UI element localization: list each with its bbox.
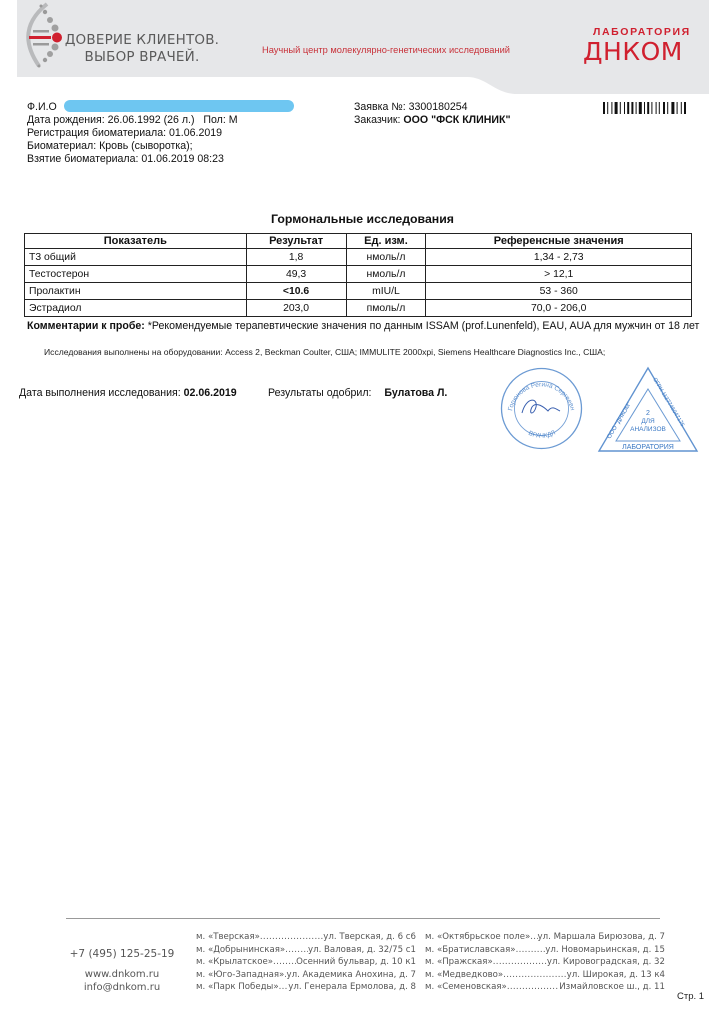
header-unit: Ед. изм.	[346, 234, 426, 249]
doctor-stamp-icon: Горюнова Регина Сергеевна ВРАЧКДЛ	[500, 367, 583, 450]
svg-text:2: 2	[646, 410, 650, 417]
address-item: м. «Тверская»ул. Тверская, д. 6 с6	[196, 931, 416, 944]
section-title: Гормональные исследования	[0, 212, 725, 226]
patient-name-label: Ф.И.О	[27, 101, 57, 113]
metro-station: м. «Братиславская»	[425, 944, 516, 957]
dot-leader	[516, 944, 546, 957]
completion-date-label: Дата выполнения исследования:	[19, 387, 181, 399]
result-cell: 49,3	[246, 266, 346, 283]
metro-station: м. «Семеновская»	[425, 981, 507, 994]
street-address: ул. Валовая, д. 32/75 с1	[308, 944, 416, 957]
completion-date: Дата выполнения исследования: 02.06.2019	[19, 387, 237, 399]
indicator-cell: Т3 общий	[25, 249, 247, 266]
slogan: ДОВЕРИЕ КЛИЕНТОВ. ВЫБОР ВРАЧЕЙ.	[57, 32, 227, 66]
birth-value: 26.06.1992 (26 л.)	[108, 114, 195, 126]
birth-label: Дата рождения:	[27, 114, 105, 126]
address-item: м. «Семеновская»Измайловское ш., д. 11	[425, 981, 665, 994]
dna-logo-icon	[17, 0, 67, 70]
sample-comment: Комментарии к пробе: *Рекомендуемые тера…	[27, 320, 707, 333]
header-indicator: Показатель	[25, 234, 247, 249]
dot-leader	[279, 981, 289, 994]
result-cell: <10.6	[246, 283, 346, 300]
address-item: м. «Парк Победы»ул. Генерала Ермолова, д…	[196, 981, 416, 994]
collection-label: Взятие биоматериала:	[27, 153, 138, 165]
sex-label: Пол:	[203, 114, 225, 126]
dot-leader	[260, 931, 323, 944]
page-number: Стр. 1	[677, 991, 704, 1002]
svg-text:ЛАБОРАТОРИЯ: ЛАБОРАТОРИЯ	[622, 444, 674, 451]
footer-divider	[66, 918, 660, 919]
metro-station: м. «Добрынинская»	[196, 944, 285, 957]
lab-stamp-icon: 2 ДЛЯ АНАЛИЗОВ ЛАБОРАТОРИЯ ООО "ДНКОМ" О…	[596, 365, 700, 455]
street-address: ул. Широкая, д. 13 к4	[567, 969, 665, 982]
footer-web: www.dnkom.ru info@dnkom.ru	[60, 968, 184, 994]
order-number-label: Заявка №:	[354, 101, 406, 113]
reference-cell: > 12,1	[426, 266, 692, 283]
metro-station: м. «Крылатское»	[196, 956, 273, 969]
footer-addresses-col-2: м. «Октябрьское поле»ул. Маршала Бирюзов…	[425, 931, 665, 994]
results-table: Показатель Результат Ед. изм. Референсны…	[24, 233, 692, 317]
header-result: Результат	[246, 234, 346, 249]
table-row: Эстрадиол203,0пмоль/л70,0 - 206,0	[25, 300, 692, 317]
registration-row: Регистрация биоматериала: 01.06.2019	[27, 127, 238, 140]
table-row: Пролактин<10.6mIU/L53 - 360	[25, 283, 692, 300]
street-address: ул. Кировоградская, д. 32	[547, 956, 665, 969]
collection-row: Взятие биоматериала: 01.06.2019 08:23	[27, 153, 238, 166]
customer-value: ООО "ФСК КЛИНИК"	[403, 114, 510, 126]
biomaterial-row: Биоматериал: Кровь (сыворотка);	[27, 140, 238, 153]
dot-leader	[507, 981, 559, 994]
metro-station: м. «Пражская»	[425, 956, 493, 969]
street-address: Измайловское ш., д. 11	[559, 981, 665, 994]
comment-text: *Рекомендуемые терапевтические значения …	[148, 320, 700, 332]
address-item: м. «Октябрьское поле»ул. Маршала Бирюзов…	[425, 931, 665, 944]
indicator-cell: Пролактин	[25, 283, 247, 300]
registration-value: 01.06.2019	[169, 127, 222, 139]
result-cell: 1,8	[246, 249, 346, 266]
metro-station: м. «Парк Победы»	[196, 981, 279, 994]
table-header-row: Показатель Результат Ед. изм. Референсны…	[25, 234, 692, 249]
street-address: ул. Академика Анохина, д. 7	[286, 969, 416, 982]
customer-row: Заказчик: ООО "ФСК КЛИНИК"	[354, 114, 510, 127]
address-item: м. «Юго-Западная»ул. Академика Анохина, …	[196, 969, 416, 982]
result-cell: 203,0	[246, 300, 346, 317]
table-row: Т3 общий1,8нмоль/л1,34 - 2,73	[25, 249, 692, 266]
unit-cell: нмоль/л	[346, 249, 426, 266]
svg-text:ДЛЯ: ДЛЯ	[641, 418, 655, 425]
lab-subtitle: Научный центр молекулярно-генетических и…	[262, 45, 510, 55]
dot-leader	[503, 969, 566, 982]
unit-cell: нмоль/л	[346, 266, 426, 283]
biomaterial-label: Биоматериал:	[27, 140, 96, 152]
address-item: м. «Медведково»ул. Широкая, д. 13 к4	[425, 969, 665, 982]
biomaterial-value: Кровь (сыворотка);	[99, 140, 193, 152]
address-item: м. «Добрынинская»ул. Валовая, д. 32/75 с…	[196, 944, 416, 957]
address-item: м. «Пражская»ул. Кировоградская, д. 32	[425, 956, 665, 969]
footer-phone[interactable]: +7 (495) 125-25-19	[60, 948, 184, 960]
street-address: ул. Маршала Бирюзова, д. 7	[538, 931, 665, 944]
slogan-line-1: ДОВЕРИЕ КЛИЕНТОВ.	[57, 32, 227, 49]
street-address: ул. Генерала Ермолова, д. 8	[288, 981, 416, 994]
footer-addresses-col-1: м. «Тверская»ул. Тверская, д. 6 с6м. «До…	[196, 931, 416, 994]
order-number-value: 3300180254	[409, 101, 468, 113]
reference-cell: 1,34 - 2,73	[426, 249, 692, 266]
reference-cell: 53 - 360	[426, 283, 692, 300]
sex-value: М	[229, 114, 238, 126]
dot-leader	[493, 956, 547, 969]
registration-label: Регистрация биоматериала:	[27, 127, 166, 139]
metro-station: м. «Юго-Западная»	[196, 969, 284, 982]
street-address: ул. Новомарьинская, д. 15	[545, 944, 665, 957]
indicator-cell: Эстрадиол	[25, 300, 247, 317]
barcode	[603, 102, 707, 114]
header-reference: Референсные значения	[426, 234, 692, 249]
dot-leader	[285, 944, 308, 957]
approved-by: Результаты одобрил: Булатова Л.	[268, 387, 447, 399]
footer-email-link[interactable]: info@dnkom.ru	[60, 981, 184, 994]
equipment-note: Исследования выполнены на оборудовании: …	[44, 347, 605, 357]
footer-website-link[interactable]: www.dnkom.ru	[60, 968, 184, 981]
street-address: ул. Тверская, д. 6 с6	[323, 931, 416, 944]
order-number-row: Заявка №: 3300180254	[354, 101, 510, 114]
metro-station: м. «Тверская»	[196, 931, 260, 944]
unit-cell: пмоль/л	[346, 300, 426, 317]
dot-leader	[273, 956, 296, 969]
customer-label: Заказчик:	[354, 114, 400, 126]
indicator-cell: Тестостерон	[25, 266, 247, 283]
street-address: Осенний бульвар, д. 10 к1	[296, 956, 416, 969]
address-item: м. «Крылатское»Осенний бульвар, д. 10 к1	[196, 956, 416, 969]
collection-value: 01.06.2019 08:23	[141, 153, 223, 165]
dot-leader	[530, 931, 537, 944]
completion-date-value: 02.06.2019	[184, 387, 237, 399]
unit-cell: mIU/L	[346, 283, 426, 300]
logo-brand-name: ДНКОМ	[583, 37, 683, 66]
order-info: Заявка №: 3300180254 Заказчик: ООО "ФСК …	[354, 101, 510, 127]
svg-text:ВРАЧКДЛ: ВРАЧКДЛ	[527, 429, 557, 440]
svg-text:АНАЛИЗОВ: АНАЛИЗОВ	[630, 426, 666, 433]
header-banner: ДОВЕРИЕ КЛИЕНТОВ. ВЫБОР ВРАЧЕЙ. Научный …	[17, 0, 709, 94]
patient-info: Ф.И.О Дата рождения: 26.06.1992 (26 л.) …	[27, 101, 238, 166]
table-row: Тестостерон49,3нмоль/л> 12,1	[25, 266, 692, 283]
comment-label: Комментарии к пробе:	[27, 320, 145, 332]
slogan-line-2: ВЫБОР ВРАЧЕЙ.	[57, 49, 227, 66]
metro-station: м. «Медведково»	[425, 969, 503, 982]
approved-value: Булатова Л.	[384, 387, 447, 399]
patient-name-row: Ф.И.О	[27, 101, 238, 114]
approved-label: Результаты одобрил:	[268, 387, 371, 399]
metro-station: м. «Октябрьское поле»	[425, 931, 530, 944]
address-item: м. «Братиславская»ул. Новомарьинская, д.…	[425, 944, 665, 957]
reference-cell: 70,0 - 206,0	[426, 300, 692, 317]
birth-row: Дата рождения: 26.06.1992 (26 л.) Пол: М	[27, 114, 238, 127]
